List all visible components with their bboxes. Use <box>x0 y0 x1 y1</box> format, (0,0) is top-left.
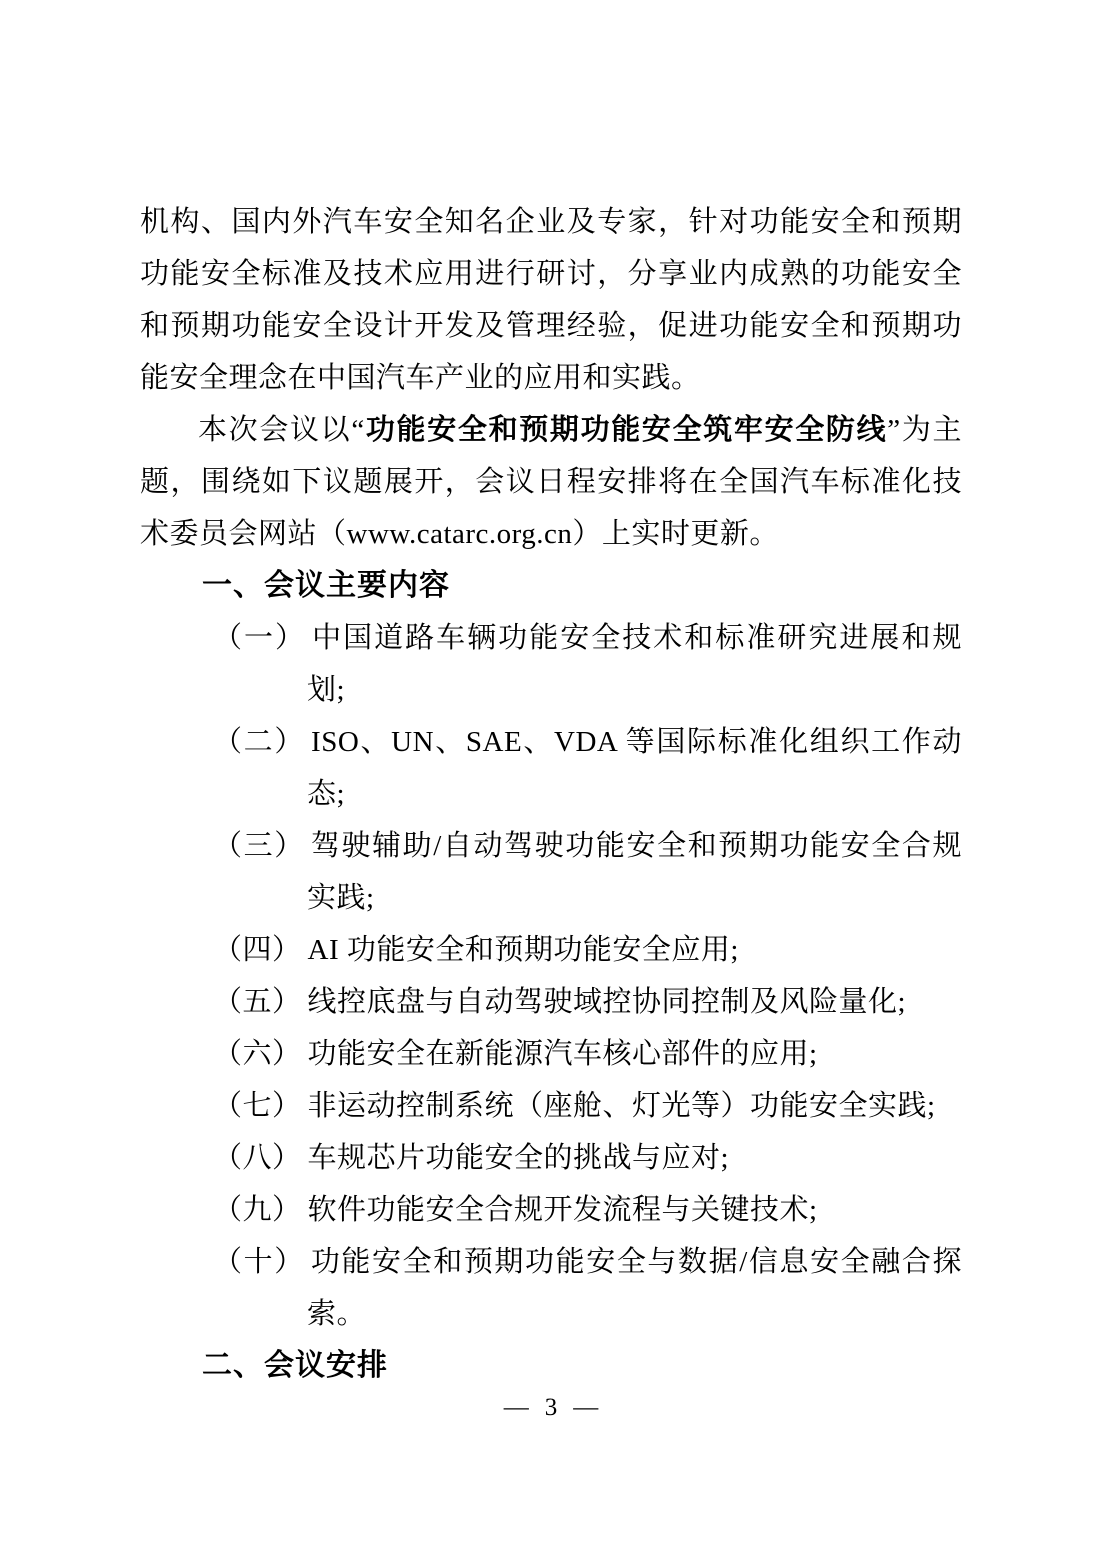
agenda-item-8: （八）车规芯片功能安全的挑战与应对; <box>140 1132 962 1184</box>
agenda-item-9-text: 软件功能安全合规开发流程与关键技术; <box>308 1194 818 1226</box>
document-content: 机构、国内外汽车安全知名企业及专家，针对功能安全和预期功能安全标准及技术应用进行… <box>140 196 962 1392</box>
agenda-item-6-number: （六） <box>213 1038 302 1070</box>
agenda-item-10: （十）功能安全和预期功能安全与数据/信息安全融合探索。 <box>140 1236 962 1340</box>
document-page: 机构、国内外汽车安全知名企业及专家，针对功能安全和预期功能安全标准及技术应用进行… <box>0 0 1102 1559</box>
paragraph-theme: 本次会议以“功能安全和预期功能安全筑牢安全防线”为主题，围绕如下议题展开，会议日… <box>140 404 962 560</box>
agenda-item-2-text: ISO、UN、SAE、VDA 等国际标准化组织工作动态; <box>307 726 962 810</box>
paragraph-theme-prefix: 本次会议以“ <box>198 414 365 446</box>
agenda-item-9: （九）软件功能安全合规开发流程与关键技术; <box>140 1184 962 1236</box>
agenda-item-6: （六）功能安全在新能源汽车核心部件的应用; <box>140 1028 962 1080</box>
section-heading-main-content: 一、会议主要内容 <box>202 560 962 612</box>
agenda-item-6-text: 功能安全在新能源汽车核心部件的应用; <box>308 1038 818 1070</box>
footer-left-dash: — <box>504 1394 529 1421</box>
agenda-item-1-text: 中国道路车辆功能安全技术和标准研究进展和规划; <box>307 622 962 706</box>
agenda-item-10-text: 功能安全和预期功能安全与数据/信息安全融合探索。 <box>307 1246 962 1330</box>
agenda-item-4-number: （四） <box>213 934 302 966</box>
footer-right-dash: — <box>573 1394 598 1421</box>
section-heading-arrangements: 二、会议安排 <box>202 1340 962 1392</box>
agenda-item-3-number: （三） <box>213 830 305 862</box>
page-number: 3 <box>545 1394 558 1421</box>
agenda-item-4-text: AI 功能安全和预期功能安全应用; <box>308 934 739 966</box>
agenda-item-5-text: 线控底盘与自动驾驶域控协同控制及风险量化; <box>308 986 907 1018</box>
agenda-item-9-number: （九） <box>213 1194 302 1226</box>
page-footer: —3— <box>0 1392 1102 1424</box>
agenda-item-5: （五）线控底盘与自动驾驶域控协同控制及风险量化; <box>140 976 962 1028</box>
agenda-item-5-number: （五） <box>213 986 302 1018</box>
agenda-item-8-text: 车规芯片功能安全的挑战与应对; <box>308 1142 730 1174</box>
agenda-item-7-number: （七） <box>213 1090 302 1122</box>
agenda-item-1: （一）中国道路车辆功能安全技术和标准研究进展和规划; <box>140 612 962 716</box>
agenda-item-7: （七）非运动控制系统（座舱、灯光等）功能安全实践; <box>140 1080 962 1132</box>
agenda-item-7-text: 非运动控制系统（座舱、灯光等）功能安全实践; <box>308 1090 936 1122</box>
paragraph-theme-bold-phrase: 功能安全和预期功能安全筑牢安全防线 <box>365 414 888 446</box>
paragraph-continuation: 机构、国内外汽车安全知名企业及专家，针对功能安全和预期功能安全标准及技术应用进行… <box>140 196 962 404</box>
agenda-item-2-number: （二） <box>213 726 305 758</box>
agenda-item-10-number: （十） <box>213 1246 305 1278</box>
agenda-item-3-text: 驾驶辅助/自动驾驶功能安全和预期功能安全合规实践; <box>307 830 962 914</box>
agenda-item-2: （二）ISO、UN、SAE、VDA 等国际标准化组织工作动态; <box>140 716 962 820</box>
agenda-item-3: （三）驾驶辅助/自动驾驶功能安全和预期功能安全合规实践; <box>140 820 962 924</box>
agenda-item-1-number: （一） <box>213 622 306 654</box>
agenda-item-8-number: （八） <box>213 1142 302 1174</box>
agenda-item-4: （四）AI 功能安全和预期功能安全应用; <box>140 924 962 976</box>
